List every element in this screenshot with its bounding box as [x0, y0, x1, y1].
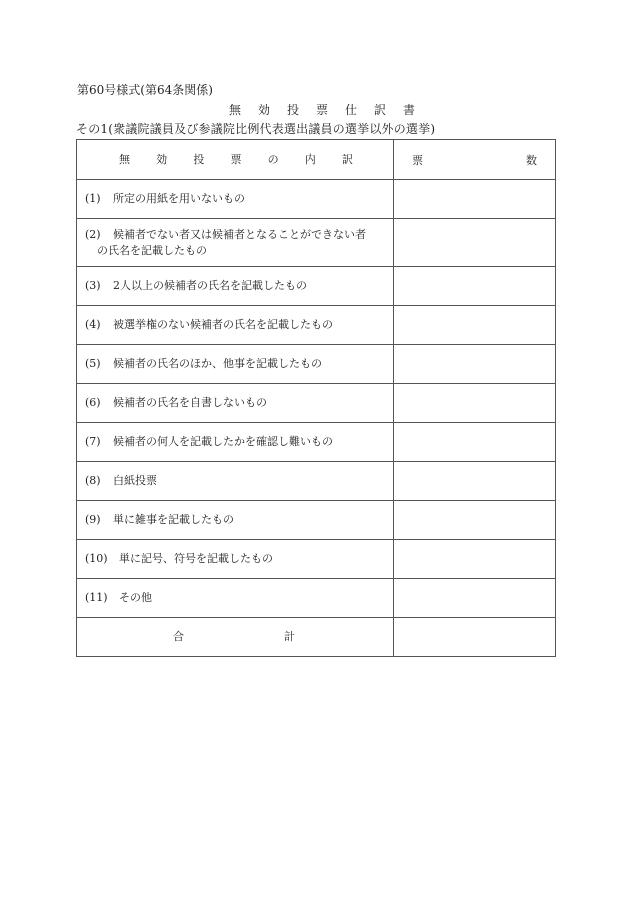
row-text-line2: の氏名を記載したもの: [85, 243, 366, 259]
row-text: 所定の用紙を用いないもの: [113, 191, 245, 207]
table-row: (10) 単に記号、符号を記載したもの: [77, 539, 555, 578]
header-char: 訳: [342, 152, 353, 168]
row-text: 候補者の氏名のほか、他事を記載したもの: [113, 356, 322, 372]
row-count-cell[interactable]: [394, 462, 555, 500]
row-description: (10) 単に記号、符号を記載したもの: [77, 540, 394, 578]
table-row: (5) 候補者の氏名のほか、他事を記載したもの: [77, 344, 555, 383]
document-subtitle: その1(衆議院議員及び参議院比例代表選出議員の選挙以外の選挙): [76, 122, 435, 136]
table-row: (9) 単に雑事を記載したもの: [77, 500, 555, 539]
row-number: (6): [85, 395, 113, 411]
row-text: 被選挙権のない候補者の氏名を記載したもの: [113, 317, 333, 333]
row-text: 単に記号、符号を記載したもの: [119, 551, 273, 567]
row-number: (4): [85, 317, 113, 333]
row-number: (11): [85, 590, 119, 606]
row-count-cell[interactable]: [394, 267, 555, 305]
table-header-row: 無 効 投 票 の 内 訳 票 数: [77, 140, 555, 179]
row-description: (6) 候補者の氏名を自書しないもの: [77, 384, 394, 422]
header-breakdown: 無 効 投 票 の 内 訳: [77, 140, 394, 179]
row-number: (10): [85, 551, 119, 567]
row-description: (1) 所定の用紙を用いないもの: [77, 180, 394, 218]
row-description: (8) 白紙投票: [77, 462, 394, 500]
row-number: (1): [85, 191, 113, 207]
row-count-cell[interactable]: [394, 219, 555, 266]
row-number: (7): [85, 434, 113, 450]
header-char: 票: [412, 152, 423, 168]
row-text: 候補者の氏名を自書しないもの: [113, 395, 267, 411]
row-count-cell[interactable]: [394, 423, 555, 461]
table-row: (3) 2人以上の候補者の氏名を記載したもの: [77, 266, 555, 305]
row-number: (9): [85, 512, 113, 528]
table-row: (2)候補者でない者又は候補者となることができない者 の氏名を記載したもの: [77, 218, 555, 266]
row-description: (11) その他: [77, 579, 394, 617]
row-description: (3) 2人以上の候補者の氏名を記載したもの: [77, 267, 394, 305]
row-count-cell[interactable]: [394, 540, 555, 578]
table-row: (11) その他: [77, 578, 555, 617]
row-text: 候補者の何人を記載したかを確認し難いもの: [113, 434, 333, 450]
row-description: (5) 候補者の氏名のほか、他事を記載したもの: [77, 345, 394, 383]
header-char: 数: [526, 152, 537, 168]
row-description: (2)候補者でない者又は候補者となることができない者 の氏名を記載したもの: [77, 219, 394, 266]
row-count-cell[interactable]: [394, 306, 555, 344]
total-char: 計: [284, 629, 295, 645]
table-row: (7) 候補者の何人を記載したかを確認し難いもの: [77, 422, 555, 461]
row-number: (2): [85, 227, 113, 243]
row-text: 白紙投票: [113, 473, 157, 489]
form-number: 第60号様式(第64条関係): [77, 83, 213, 97]
row-number: (3): [85, 278, 113, 294]
row-count-cell[interactable]: [394, 345, 555, 383]
row-count-cell[interactable]: [394, 180, 555, 218]
table-total-row: 合 計: [77, 617, 555, 656]
header-char: 投: [193, 152, 204, 168]
row-text: その他: [119, 590, 152, 606]
total-char: 合: [173, 629, 184, 645]
row-description: (4) 被選挙権のない候補者の氏名を記載したもの: [77, 306, 394, 344]
document-title: 無効投票仕訳書: [229, 103, 432, 117]
header-char: の: [268, 152, 279, 168]
row-count-cell[interactable]: [394, 384, 555, 422]
row-count-cell[interactable]: [394, 579, 555, 617]
table-row: (8) 白紙投票: [77, 461, 555, 500]
header-char: 無: [119, 152, 130, 168]
table-row: (6) 候補者の氏名を自書しないもの: [77, 383, 555, 422]
header-vote-count: 票 数: [394, 140, 555, 179]
total-label: 合 計: [77, 618, 394, 656]
row-description: (7) 候補者の何人を記載したかを確認し難いもの: [77, 423, 394, 461]
invalid-votes-table: 無 効 投 票 の 内 訳 票 数 (1) 所定の用紙を用いないもの (2)候補…: [76, 139, 556, 657]
header-char: 票: [230, 152, 241, 168]
table-row: (4) 被選挙権のない候補者の氏名を記載したもの: [77, 305, 555, 344]
row-count-cell[interactable]: [394, 501, 555, 539]
header-char: 効: [156, 152, 167, 168]
row-number: (8): [85, 473, 113, 489]
table-row: (1) 所定の用紙を用いないもの: [77, 179, 555, 218]
row-text: 単に雑事を記載したもの: [113, 512, 234, 528]
total-count-cell[interactable]: [394, 618, 555, 656]
row-number: (5): [85, 356, 113, 372]
row-description: (9) 単に雑事を記載したもの: [77, 501, 394, 539]
row-text: 2人以上の候補者の氏名を記載したもの: [113, 278, 307, 294]
header-char: 内: [305, 152, 316, 168]
row-text: 候補者でない者又は候補者となることができない者: [113, 228, 366, 241]
